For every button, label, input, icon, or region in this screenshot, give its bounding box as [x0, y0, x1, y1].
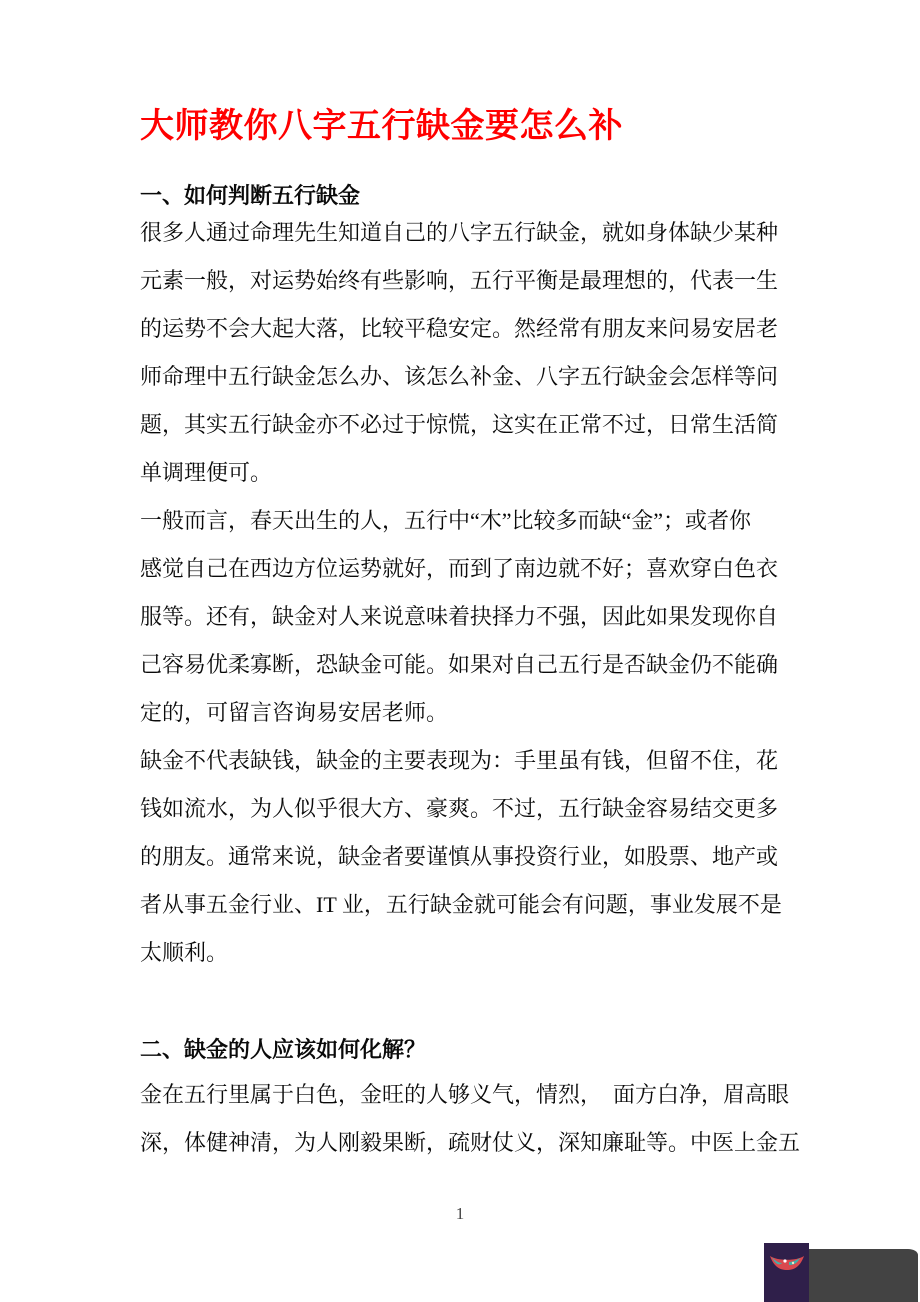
section-1-paragraph-2: 一般而言，春天出生的人，五行中“木”比较多而缺“金”；或者你感觉自己在西边方位运…	[140, 497, 808, 737]
text-line: 金在五行里属于白色，金旺的人够义气，情烈， 面方白净，眉高眼	[140, 1071, 808, 1119]
section-2-heading: 二、缺金的人应该如何化解？	[140, 1037, 808, 1063]
text-line: 感觉自己在西边方位运势就好，而到了南边就不好；喜欢穿白色衣	[140, 545, 808, 593]
document-content: 大师教你八字五行缺金要怎么补 一、如何判断五行缺金 很多人通过命理先生知道自己的…	[140, 0, 808, 1167]
text-line: 师命理中五行缺金怎么办、该怎么补金、八字五行缺金会怎样等问	[140, 353, 808, 401]
text-line: 一般而言，春天出生的人，五行中“木”比较多而缺“金”；或者你	[140, 497, 808, 545]
document-title: 大师教你八字五行缺金要怎么补	[140, 106, 808, 148]
section-how-to-resolve: 二、缺金的人应该如何化解？ 金在五行里属于白色，金旺的人够义气，情烈， 面方白净…	[140, 1037, 808, 1167]
section-how-to-judge: 一、如何判断五行缺金 很多人通过命理先生知道自己的八字五行缺金，就如身体缺少某种…	[140, 183, 808, 977]
document-page: 大师教你八字五行缺金要怎么补 一、如何判断五行缺金 很多人通过命理先生知道自己的…	[0, 0, 920, 1302]
text-line: 深，体健神清，为人刚毅果断，疏财仗义，深知廉耻等。中医上金五	[140, 1119, 808, 1167]
text-line: 元素一般，对运势始终有些影响，五行平衡是最理想的，代表一生	[140, 257, 808, 305]
section-1-paragraph-3: 缺金不代表缺钱，缺金的主要表现为：手里虽有钱，但留不住，花钱如流水，为人似乎很大…	[140, 737, 808, 977]
corner-graphic	[752, 1240, 920, 1302]
publisher-logo-block	[764, 1243, 809, 1302]
page-number: 1	[0, 1204, 920, 1224]
text-line: 己容易优柔寡断，恐缺金可能。如果对自己五行是否缺金仍不能确	[140, 641, 808, 689]
text-line: 很多人通过命理先生知道自己的八字五行缺金，就如身体缺少某种	[140, 209, 808, 257]
text-line: 服等。还有，缺金对人来说意味着抉择力不强，因此如果发现你自	[140, 593, 808, 641]
text-line: 的运势不会大起大落，比较平稳安定。然经常有朋友来问易安居老	[140, 305, 808, 353]
text-line: 者从事五金行业、IT 业，五行缺金就可能会有问题，事业发展不是	[140, 881, 808, 929]
corner-gray-block	[809, 1249, 918, 1302]
text-line: 题，其实五行缺金亦不必过于惊慌，这实在正常不过，日常生活简	[140, 401, 808, 449]
boat-logo-icon	[769, 1253, 805, 1271]
text-line: 太顺利。	[140, 929, 808, 977]
section-2-paragraph-1: 金在五行里属于白色，金旺的人够义气，情烈， 面方白净，眉高眼深，体健神清，为人刚…	[140, 1071, 808, 1167]
text-line: 定的，可留言咨询易安居老师。	[140, 689, 808, 737]
section-1-heading: 一、如何判断五行缺金	[140, 183, 808, 209]
text-line: 的朋友。通常来说，缺金者要谨慎从事投资行业，如股票、地产或	[140, 833, 808, 881]
text-line: 单调理便可。	[140, 449, 808, 497]
text-line: 缺金不代表缺钱，缺金的主要表现为：手里虽有钱，但留不住，花	[140, 737, 808, 785]
text-line: 钱如流水，为人似乎很大方、豪爽。不过，五行缺金容易结交更多	[140, 785, 808, 833]
section-1-paragraph-1: 很多人通过命理先生知道自己的八字五行缺金，就如身体缺少某种元素一般，对运势始终有…	[140, 209, 808, 497]
